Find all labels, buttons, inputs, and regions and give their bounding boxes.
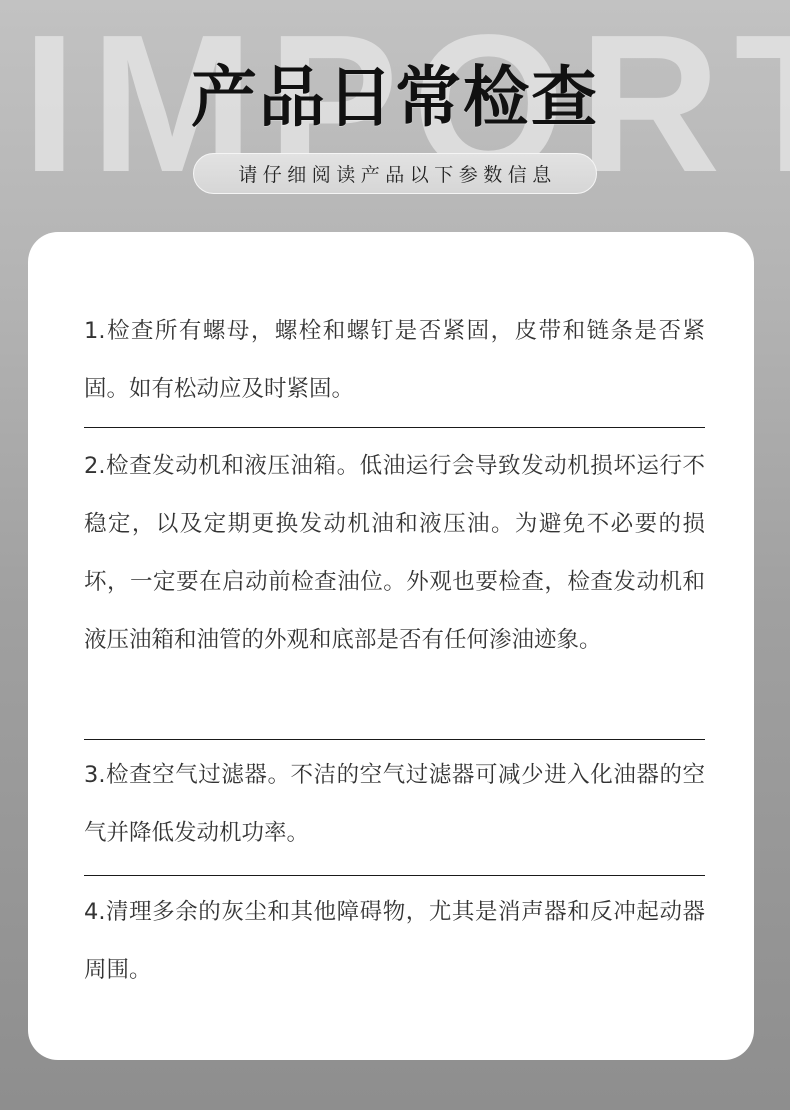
divider-1 bbox=[84, 427, 705, 428]
subtitle-text: 请仔细阅读产品以下参数信息 bbox=[233, 160, 557, 187]
subtitle-pill: 请仔细阅读产品以下参数信息 bbox=[193, 153, 597, 194]
check-item-1: 1.检查所有螺母，螺栓和螺钉是否紧固，皮带和链条是否紧固。如有松动应及时紧固。 bbox=[84, 302, 705, 418]
divider-2 bbox=[84, 739, 705, 740]
check-item-3: 3.检查空气过滤器。不洁的空气过滤器可减少进入化油器的空气并降低发动机功率。 bbox=[84, 746, 705, 862]
page-title: 产品日常检查 bbox=[0, 58, 790, 138]
check-item-4: 4.清理多余的灰尘和其他障碍物，尤其是消声器和反冲起动器周围。 bbox=[84, 883, 705, 999]
divider-3 bbox=[84, 875, 705, 876]
content-card: 1.检查所有螺母，螺栓和螺钉是否紧固，皮带和链条是否紧固。如有松动应及时紧固。 … bbox=[28, 232, 754, 1060]
check-item-2: 2.检查发动机和液压油箱。低油运行会导致发动机损坏运行不稳定，以及定期更换发动机… bbox=[84, 437, 705, 669]
